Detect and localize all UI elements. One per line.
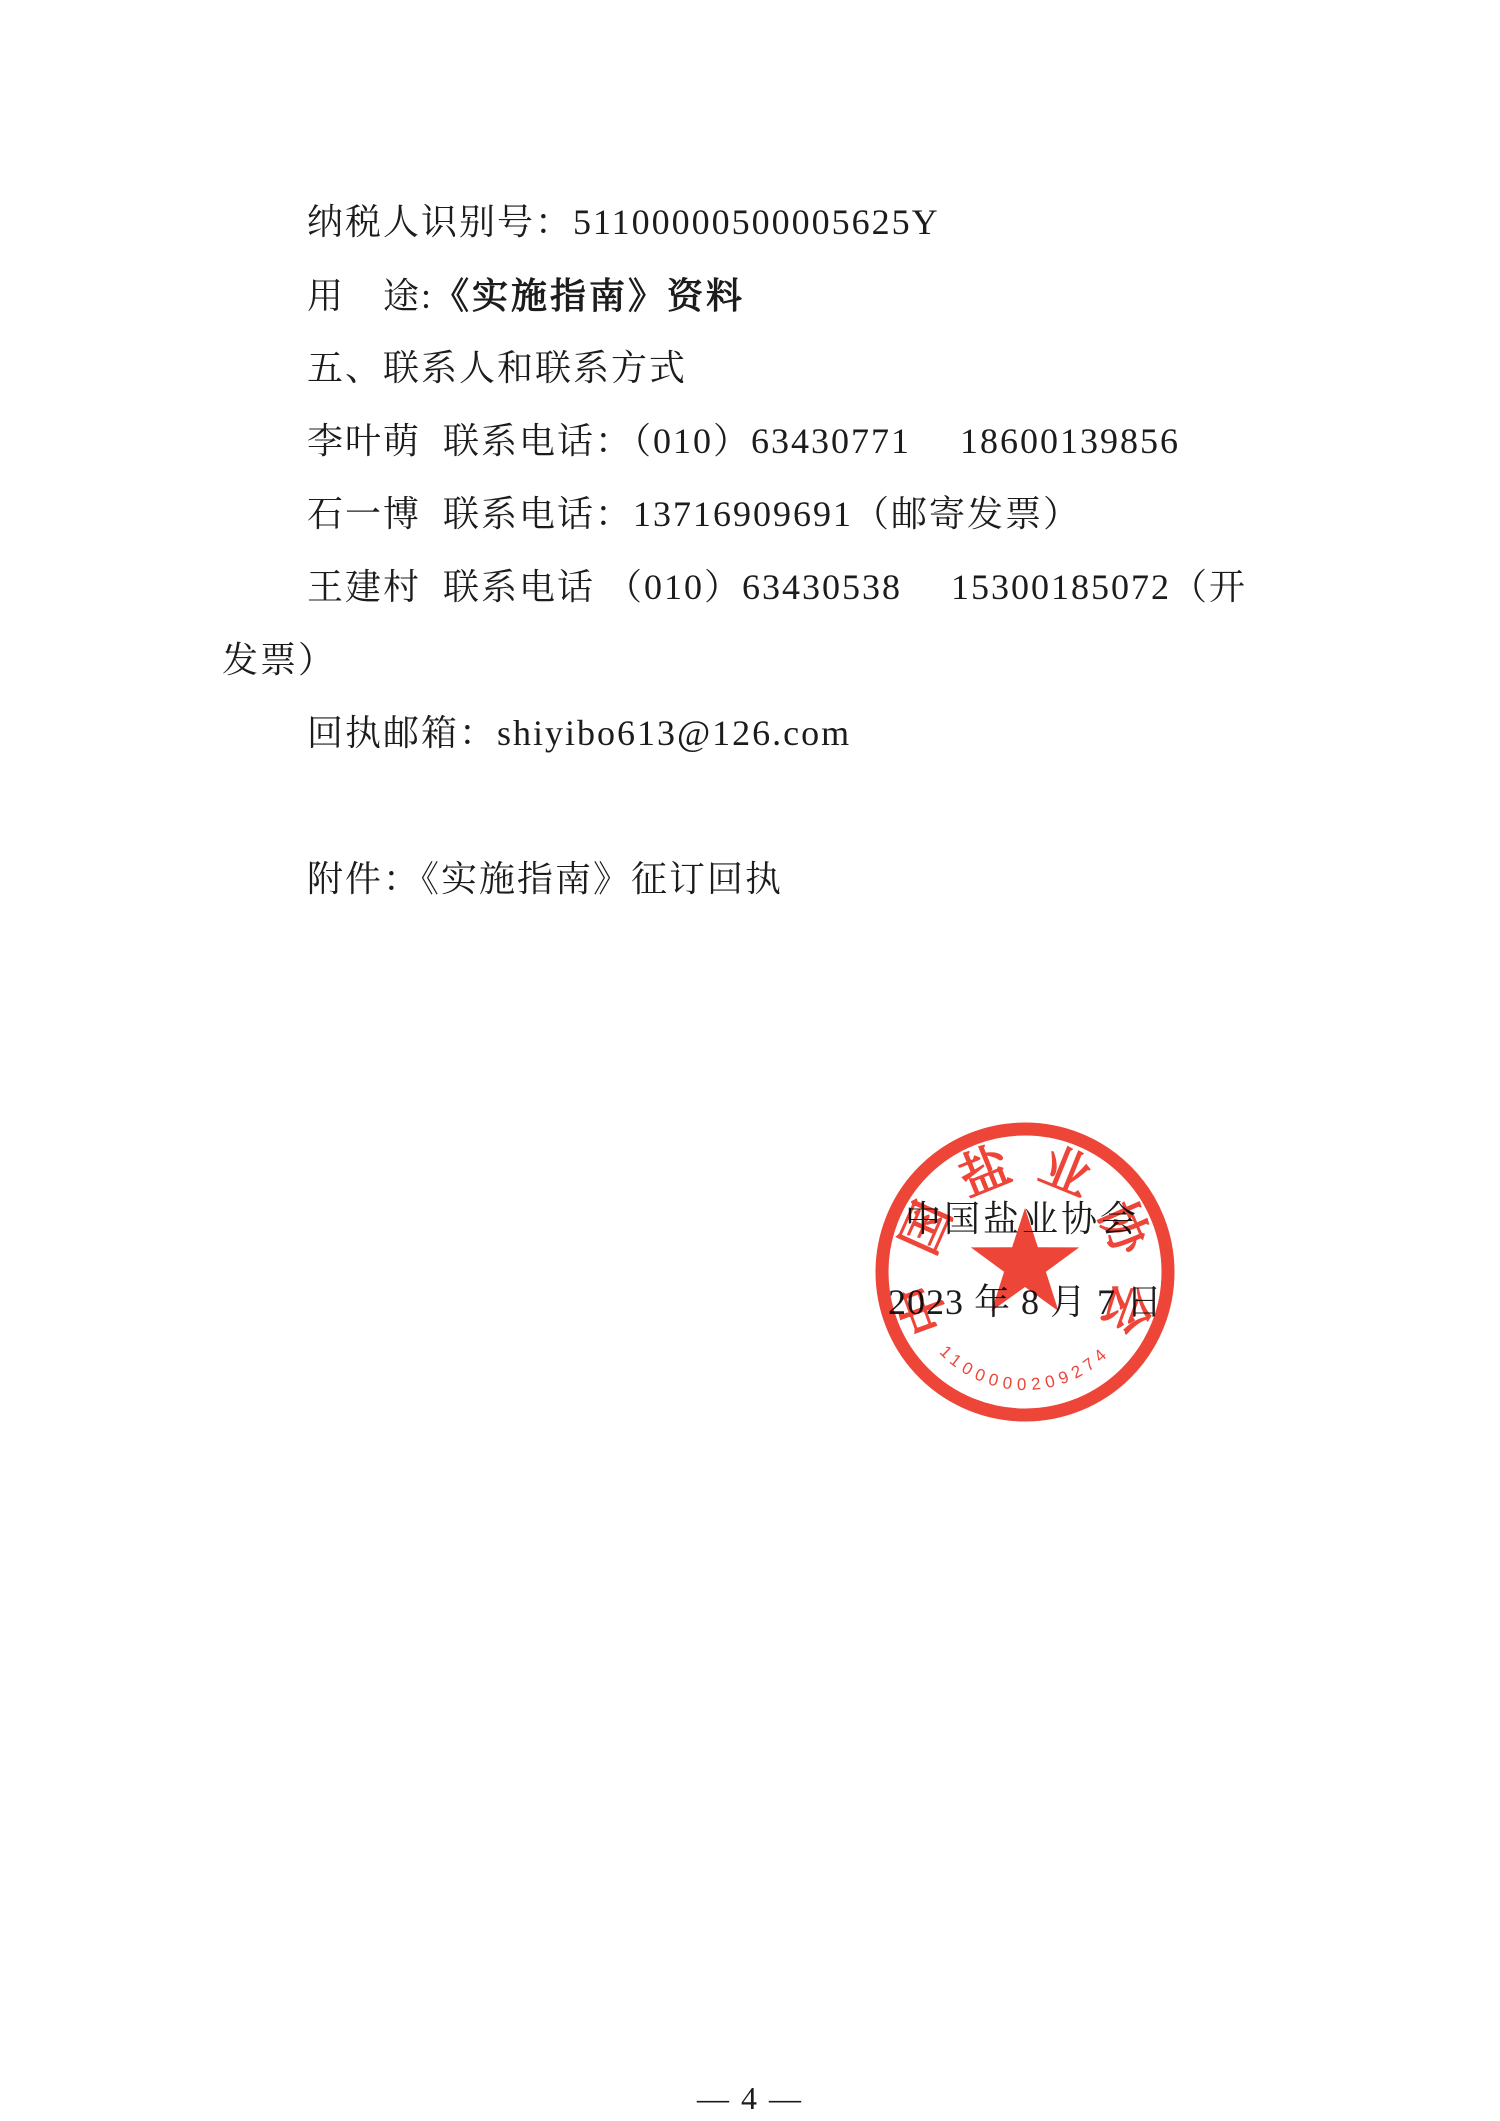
blank-line [222, 770, 1312, 843]
seal-star-icon [971, 1208, 1079, 1311]
purpose-value: 《实施指南》资料 [433, 275, 745, 316]
contact-line-1: 李叶萌 联系电话：（010）63430771 18600139856 [222, 405, 1312, 478]
page-number: — 4 — [0, 2080, 1500, 2117]
purpose-line: 用 途:《实施指南》资料 [222, 259, 1312, 332]
attachment-line: 附件：《实施指南》征订回执 [222, 843, 1312, 916]
contact-line-3-continuation: 发票） [222, 624, 1312, 697]
document-body: 纳税人识别号：51100000500005625Y 用 途:《实施指南》资料 五… [222, 186, 1312, 916]
reply-email-line: 回执邮箱：shiyibo613@126.com [222, 697, 1312, 770]
contact-line-2: 石一博 联系电话：13716909691（邮寄发票） [222, 478, 1312, 551]
taxpayer-id-line: 纳税人识别号：51100000500005625Y [222, 186, 1312, 259]
section5-heading: 五、联系人和联系方式 [222, 332, 1312, 405]
contact-line-3: 王建村 联系电话 （010）63430538 15300185072（开 [222, 551, 1312, 624]
seal-code: 1100000209274 [936, 1342, 1114, 1394]
purpose-label: 用 途: [307, 276, 433, 316]
official-seal-stamp: 中 国 盐 业 协 会 1100000209274 [875, 1122, 1175, 1422]
document-page: 纳税人识别号：51100000500005625Y 用 途:《实施指南》资料 五… [0, 0, 1500, 2121]
